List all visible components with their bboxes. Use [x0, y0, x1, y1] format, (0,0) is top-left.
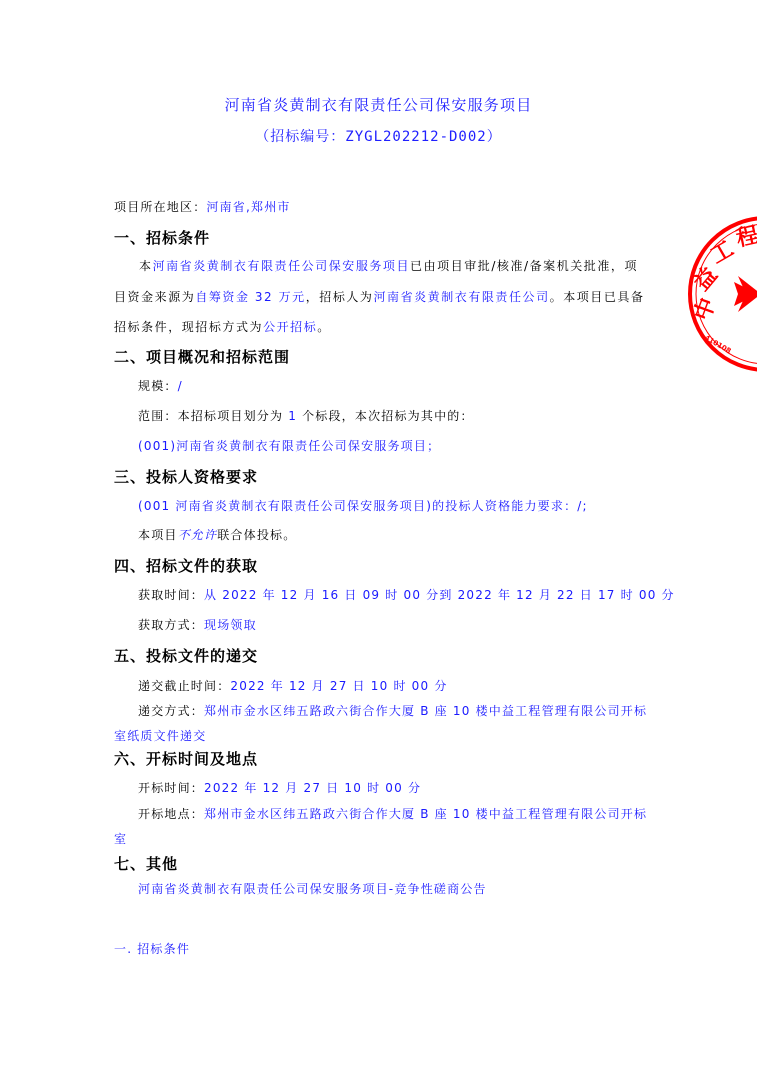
scale-label: 规模： — [138, 379, 178, 393]
document-title: 河南省炎黄制衣有限责任公司保安服务项目 — [0, 94, 757, 115]
obtain-method-line: 获取方式：现场领取 — [138, 616, 257, 633]
project-name: 河南省炎黄制衣有限责任公司保安服务项目 — [153, 259, 410, 273]
seal-icon: 中 益 工 程 管 410108 — [686, 214, 757, 374]
location-label: 项目所在地区： — [114, 200, 206, 214]
section-heading-6: 六、开标时间及地点 — [114, 748, 258, 769]
submit-method-value: 郑州市金水区纬五路政六街合作大厦 B 座 10 楼中益工程管理有限公司开标 — [204, 704, 647, 718]
footer-section-heading: 一. 招标条件 — [114, 940, 190, 957]
scale-value: / — [178, 379, 183, 393]
fund-source: 自筹资金 32 万元 — [195, 290, 305, 304]
text: ，招标人为 — [306, 290, 374, 304]
scope-label: 范围：本招标项目划分为 — [138, 409, 283, 423]
location-value: 河南省,郑州市 — [206, 200, 290, 214]
deadline-label: 递交截止时间： — [138, 679, 230, 693]
company-seal-stamp: 中 益 工 程 管 410108 — [686, 214, 757, 374]
tender-number: （招标编号：ZYGL202212-D002） — [0, 126, 757, 146]
consortium-line: 本项目不允许联合体投标。 — [138, 526, 296, 543]
text: 本 — [139, 259, 153, 273]
qualification-requirement: (001 河南省炎黄制衣有限责任公司保安服务项目)的投标人资格能力要求：/; — [138, 497, 588, 514]
section-heading-3: 三、投标人资格要求 — [114, 466, 258, 487]
obtain-method-value: 现场领取 — [204, 618, 257, 632]
text: 联合体投标。 — [217, 528, 296, 542]
obtain-time-label: 获取时间： — [138, 588, 204, 602]
opening-place-continued: 室 — [114, 830, 127, 847]
submit-method-label: 递交方式： — [138, 704, 204, 718]
text: 。 — [317, 320, 331, 334]
opening-place-value: 郑州市金水区纬五路政六街合作大厦 B 座 10 楼中益工程管理有限公司开标 — [204, 807, 647, 821]
obtain-time-line: 获取时间：从 2022 年 12 月 16 日 09 时 00 分到 2022 … — [138, 586, 675, 603]
project-location: 项目所在地区：河南省,郑州市 — [114, 198, 291, 215]
obtain-time-value: 从 2022 年 12 月 16 日 09 时 00 分到 2022 年 12 … — [204, 588, 675, 602]
opening-time-value: 2022 年 12 月 27 日 10 时 00 分 — [204, 781, 421, 795]
obtain-method-label: 获取方式： — [138, 618, 204, 632]
deadline-line: 递交截止时间：2022 年 12 月 27 日 10 时 00 分 — [138, 677, 448, 694]
deadline-value: 2022 年 12 月 27 日 10 时 00 分 — [230, 679, 447, 693]
opening-time-line: 开标时间：2022 年 12 月 27 日 10 时 00 分 — [138, 779, 421, 796]
tender-method: 公开招标 — [263, 320, 317, 334]
section-heading-4: 四、招标文件的获取 — [114, 555, 258, 576]
opening-place-line: 开标地点：郑州市金水区纬五路政六街合作大厦 B 座 10 楼中益工程管理有限公司… — [138, 805, 647, 822]
scope-line: 范围：本招标项目划分为 1 个标段，本次招标为其中的： — [138, 407, 474, 424]
lot-count: 1 — [288, 409, 297, 423]
lot-item: (001)河南省炎黄制衣有限责任公司保安服务项目； — [138, 437, 440, 454]
scope-rest: 个标段，本次招标为其中的： — [302, 409, 474, 423]
consortium-value: 不允许 — [178, 528, 218, 542]
section-heading-2: 二、项目概况和招标范围 — [114, 346, 290, 367]
other-announcement: 河南省炎黄制衣有限责任公司保安服务项目-竞争性磋商公告 — [138, 880, 487, 897]
section-heading-1: 一、招标条件 — [114, 227, 210, 248]
submit-method-continued: 室纸质文件递交 — [114, 727, 206, 744]
scale-line: 规模：/ — [138, 377, 183, 394]
text: 本项目 — [138, 528, 178, 542]
opening-place-label: 开标地点： — [138, 807, 204, 821]
document-page: 河南省炎黄制衣有限责任公司保安服务项目 （招标编号：ZYGL202212-D00… — [0, 0, 757, 1074]
submit-method-line: 递交方式：郑州市金水区纬五路政六街合作大厦 B 座 10 楼中益工程管理有限公司… — [138, 702, 647, 719]
svg-text:程: 程 — [734, 222, 757, 252]
tender-conditions-paragraph: 本河南省炎黄制衣有限责任公司保安服务项目已由项目审批/核准/备案机关批准，项目资… — [114, 251, 646, 343]
tenderer-name: 河南省炎黄制衣有限责任公司 — [373, 290, 549, 304]
section-heading-5: 五、投标文件的递交 — [114, 645, 258, 666]
section-heading-7: 七、其他 — [114, 853, 178, 874]
opening-time-label: 开标时间： — [138, 781, 204, 795]
